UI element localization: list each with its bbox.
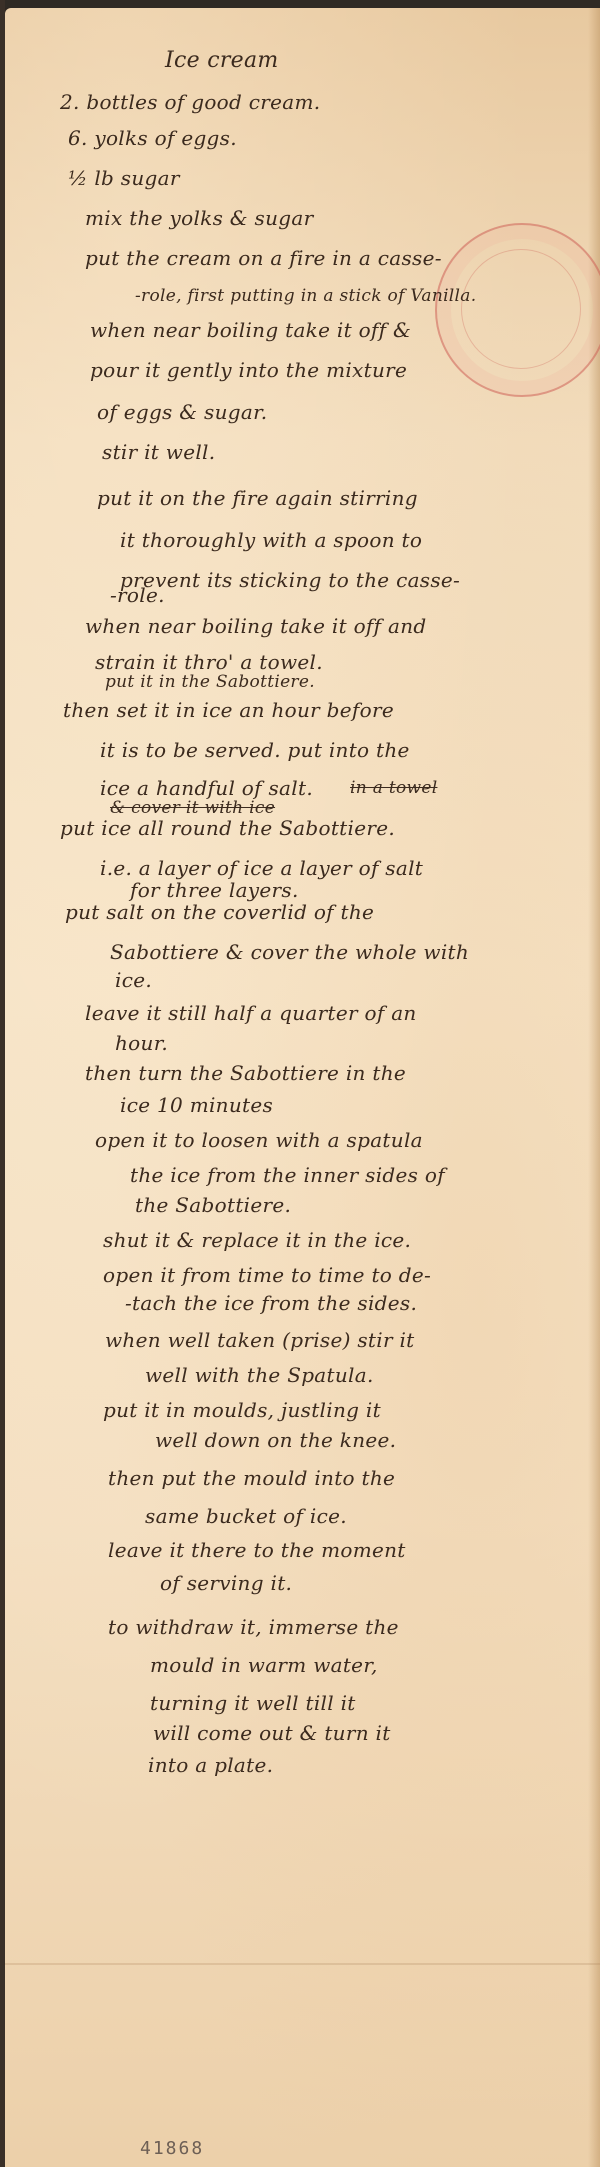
recipe-line: stir it well. (102, 440, 215, 464)
recipe-line: put it in the Sabottiere. (105, 672, 315, 692)
recipe-line: then set it in ice an hour before (63, 698, 394, 722)
recipe-line: to withdraw it, immerse the (108, 1615, 399, 1639)
recipe-title: Ice cream (165, 48, 279, 73)
recipe-line: put it on the fire again stirring (97, 486, 418, 510)
recipe-line: 6. yolks of eggs. (68, 126, 237, 150)
recipe-line: prevent its sticking to the casse- (120, 568, 460, 592)
recipe-line: well down on the knee. (155, 1428, 396, 1452)
recipe-line: ice a handful of salt. (100, 776, 313, 800)
scan-frame-top (0, 0, 600, 8)
struck-text: & cover it with ice (110, 798, 275, 818)
recipe-line: put ice all round the Sabottiere. (60, 816, 395, 840)
recipe-line: it thoroughly with a spoon to (120, 528, 422, 552)
recipe-line: put salt on the coverlid of the (65, 900, 374, 924)
recipe-line: open it to loosen with a spatula (95, 1128, 423, 1152)
library-stamp-icon (435, 223, 600, 397)
recipe-line: when near boiling take it off & (90, 318, 411, 342)
recipe-line: of serving it. (160, 1571, 292, 1595)
recipe-line: will come out & turn it (153, 1721, 391, 1745)
recipe-line: i.e. a layer of ice a layer of salt (100, 856, 423, 880)
recipe-line: 2. bottles of good cream. (60, 90, 320, 114)
recipe-line: same bucket of ice. (145, 1504, 347, 1528)
recipe-line: it is to be served. put into the (100, 738, 410, 762)
recipe-line: ice 10 minutes (120, 1093, 273, 1117)
recipe-line: shut it & replace it in the ice. (103, 1228, 411, 1252)
recipe-line: open it from time to time to de- (103, 1263, 431, 1287)
recipe-line: leave it there to the moment (108, 1538, 406, 1562)
recipe-line: then turn the Sabottiere in the (85, 1061, 406, 1085)
recipe-line: pour it gently into the mixture (90, 358, 407, 382)
recipe-line: of eggs & sugar. (97, 400, 267, 424)
recipe-line: when near boiling take it off and (85, 614, 426, 638)
recipe-line: the ice from the inner sides of (130, 1163, 445, 1187)
recipe-line: mould in warm water, (150, 1653, 378, 1677)
recipe-line: put it in moulds, justling it (103, 1398, 381, 1422)
recipe-line: the Sabottiere. (135, 1193, 291, 1217)
struck-text: in a towel (350, 778, 437, 798)
recipe-line: when well taken (prise) stir it (105, 1328, 415, 1352)
recipe-line: -tach the ice from the sides. (125, 1291, 417, 1315)
recipe-line: then put the mould into the (108, 1466, 395, 1490)
recipe-line: well with the Spatula. (145, 1363, 374, 1387)
recipe-line: for three layers. (130, 878, 299, 902)
manuscript-page: Ice cream 2. bottles of good cream. 6. y… (5, 8, 600, 2167)
recipe-line: hour. (115, 1031, 168, 1055)
recipe-line: Sabottiere & cover the whole with (110, 940, 469, 964)
recipe-line: leave it still half a quarter of an (85, 1001, 417, 1025)
recipe-line: turning it well till it (150, 1691, 356, 1715)
recipe-line: into a plate. (148, 1753, 273, 1777)
paper-fold (5, 1963, 600, 1965)
catalog-number: 41868 (140, 2138, 204, 2159)
recipe-line: ice. (115, 968, 152, 992)
recipe-line: -role, first putting in a stick of Vanil… (135, 286, 476, 306)
recipe-line: -role. (110, 583, 165, 607)
recipe-line: ½ lb sugar (68, 166, 180, 190)
recipe-line: put the cream on a fire in a casse- (85, 246, 442, 270)
recipe-line: mix the yolks & sugar (85, 206, 313, 230)
recipe-line: strain it thro' a towel. (95, 650, 323, 674)
